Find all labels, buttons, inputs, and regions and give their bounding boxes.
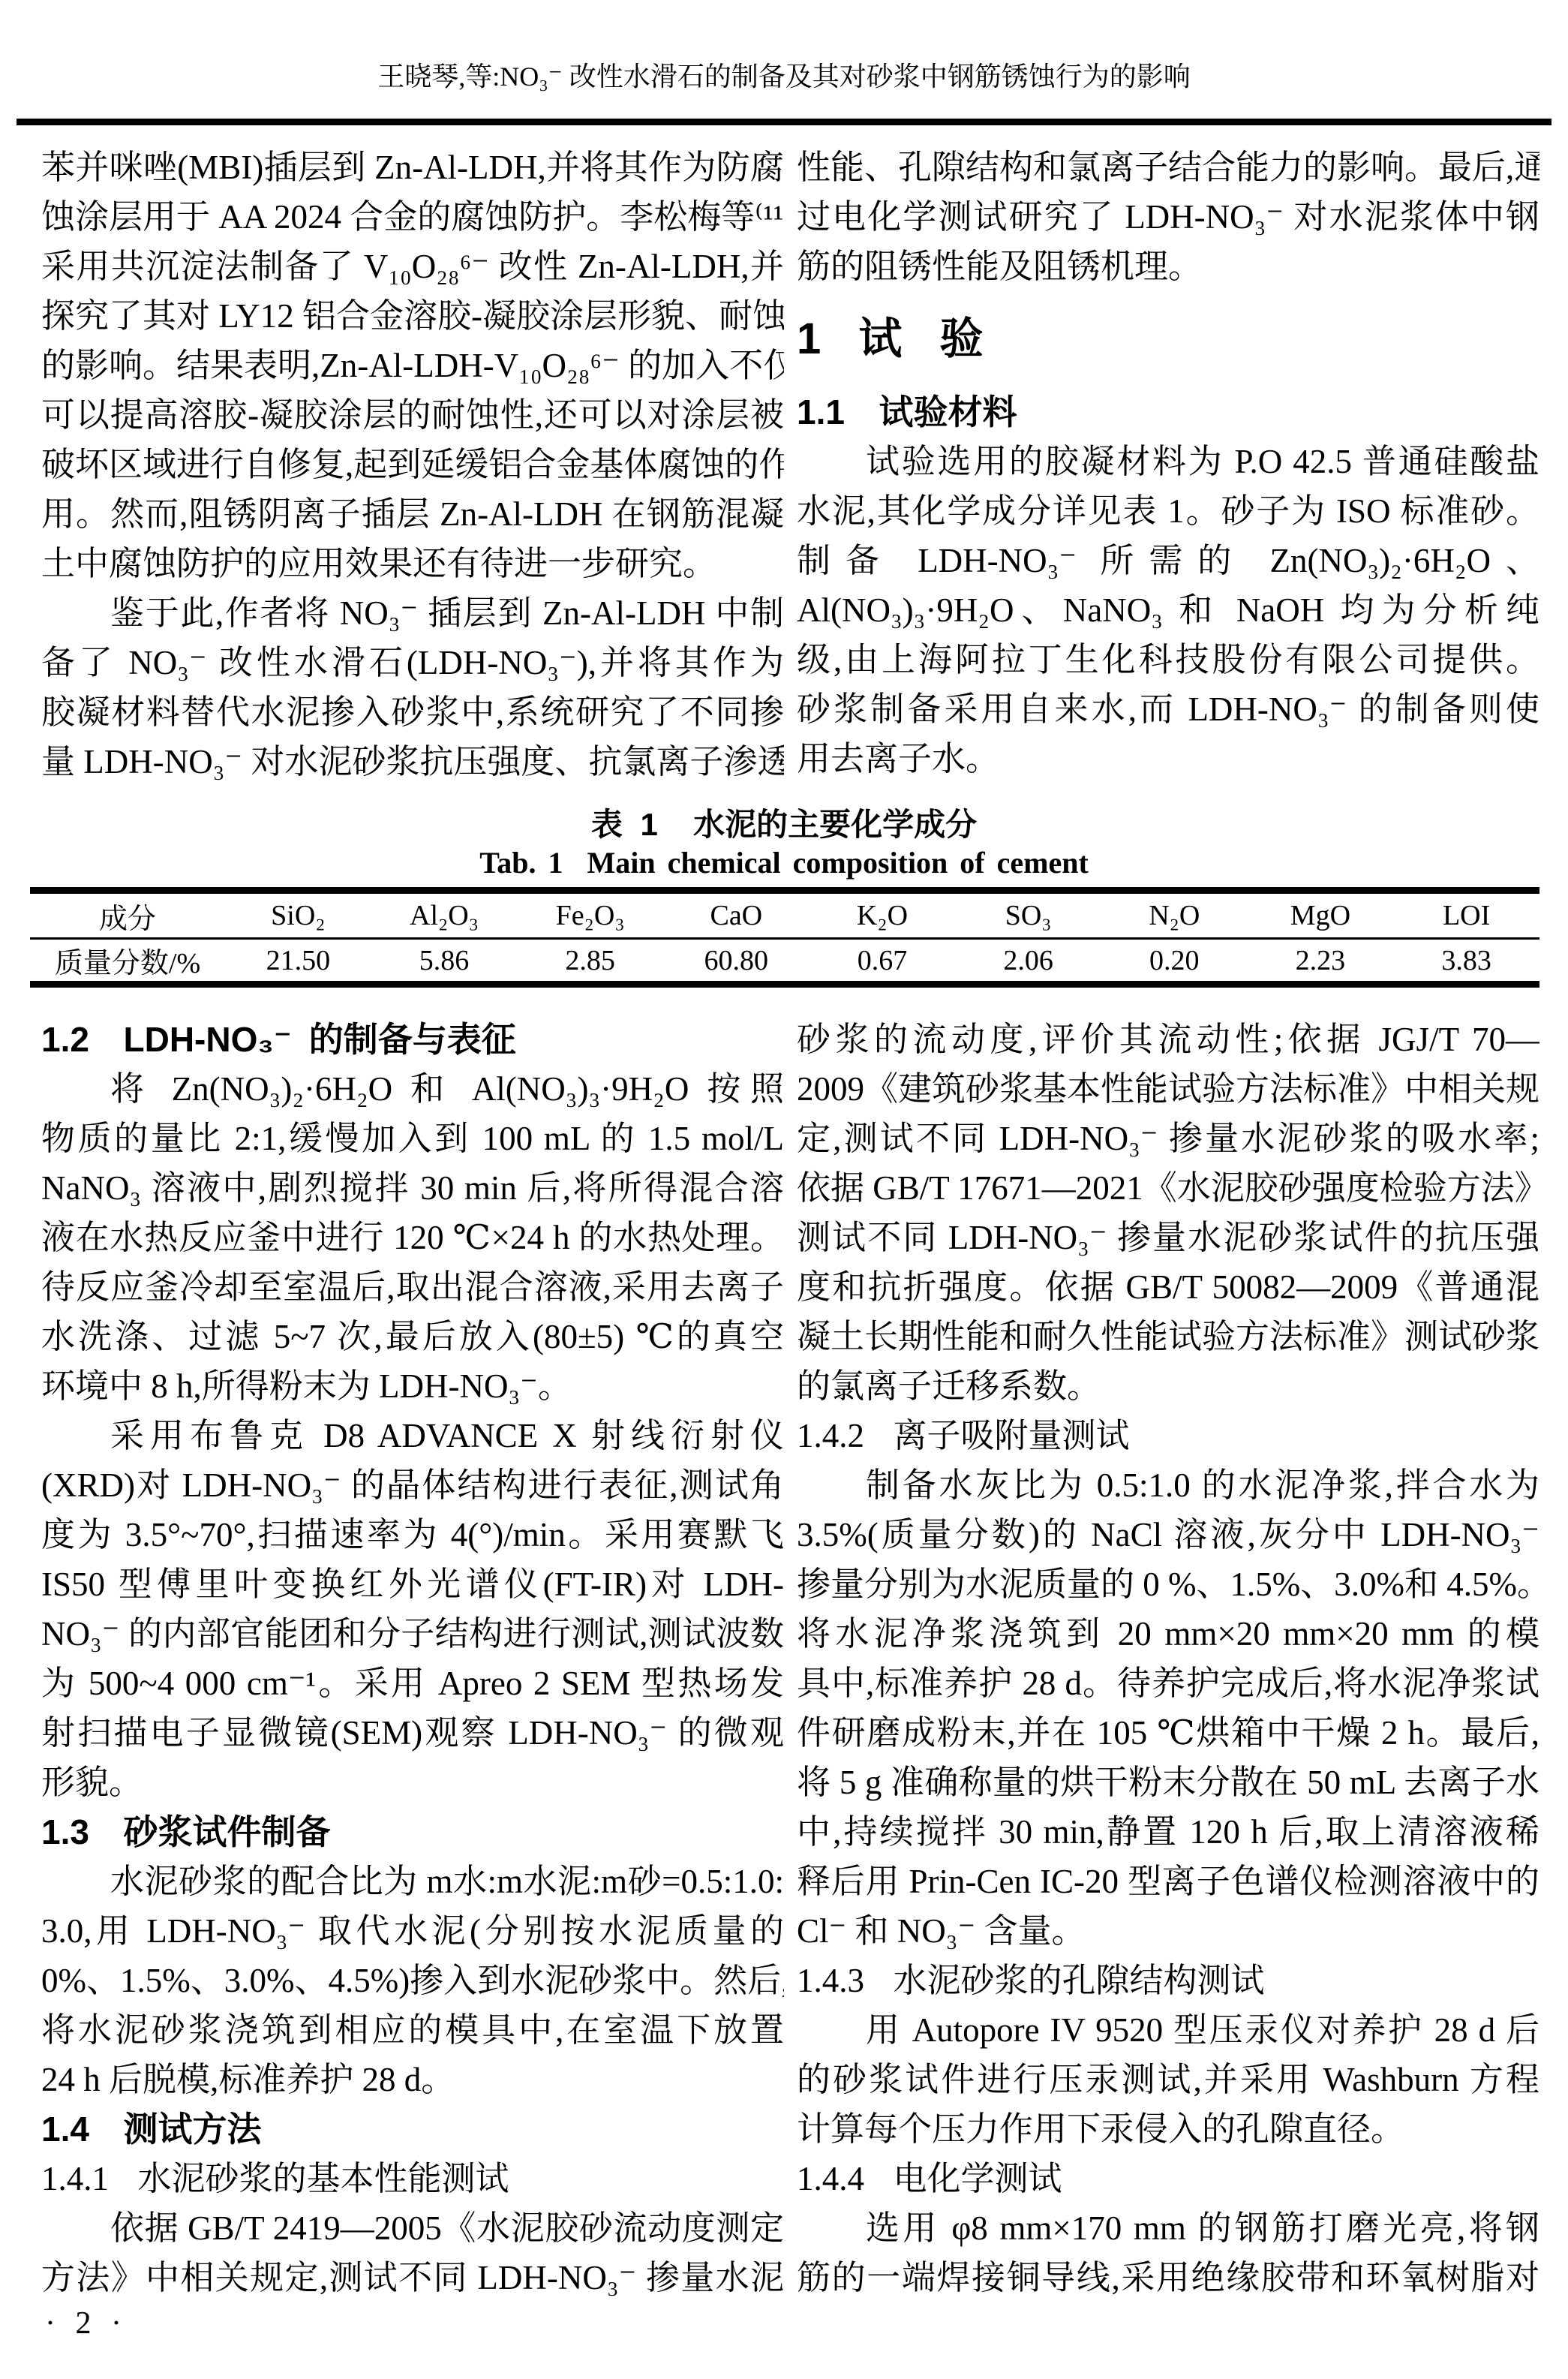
text-line: 采用共沉淀法制备了 V₁₀O₂₈⁶⁻ 改性 Zn-Al-LDH,并	[41, 242, 784, 291]
text-line: 件研磨成粉末,并在 105 ℃烘箱中干燥 2 h。最后,	[797, 1708, 1539, 1758]
text-line: Cl⁻ 和 NO₃⁻ 含量。	[797, 1906, 1539, 1956]
text-line: 度和抗折强度。依据 GB/T 50082—2009《普通混	[797, 1262, 1539, 1312]
table-row: 质量分数/%21.505.862.8560.800.672.060.202.23…	[30, 939, 1539, 985]
cement-composition-table: 成分SiO₂Al₂O₃Fe₂O₃CaOK₂OSO₃N₂OMgOLOI 质量分数/…	[30, 887, 1539, 988]
running-head: 王晓琴,等:NO₃⁻ 改性水滑石的制备及其对砂浆中钢筋锈蚀行为的影响	[0, 56, 1568, 94]
text-line: (XRD)对 LDH-NO₃⁻ 的晶体结构进行表征,测试角	[41, 1460, 784, 1510]
text-line: 物质的量比 2:1,缓慢加入到 100 mL 的 1.5 mol/L	[41, 1114, 784, 1163]
text-line: NO₃⁻ 的内部官能团和分子结构进行测试,测试波数	[41, 1609, 784, 1659]
text-line: 测试不同 LDH-NO₃⁻ 掺量水泥砂浆试件的抗压强	[797, 1213, 1539, 1262]
text-line: 24 h 后脱模,标准养护 28 d。	[41, 2055, 784, 2104]
section-heading: 1.1 试验材料	[797, 387, 1539, 437]
text-line: 性能、孔隙结构和氯离子结合能力的影响。最后,通	[797, 143, 1539, 192]
text-line: 探究了其对 LY12 铝合金溶胶-凝胶涂层形貌、耐蚀性	[41, 291, 784, 341]
page-number: · 2 ·	[45, 2305, 128, 2341]
header-rule	[17, 119, 1551, 125]
text-line: 计算每个压力作用下汞侵入的孔隙直径。	[797, 2104, 1539, 2154]
text-line: 环境中 8 h,所得粉末为 LDH-NO₃⁻。	[41, 1361, 784, 1411]
text-line: 砂浆的流动度,评价其流动性;依据 JGJ/T 70—	[797, 1015, 1539, 1064]
text-line: 将水泥净浆浇筑到 20 mm×20 mm×20 mm 的模	[797, 1609, 1539, 1659]
text-line: 释后用 Prin-Cen IC-20 型离子色谱仪检测溶液中的	[797, 1857, 1539, 1906]
text-line: 选用 φ8 mm×170 mm 的钢筋打磨光亮,将钢	[797, 2203, 1539, 2253]
text-line: 具中,标准养护 28 d。待养护完成后,将水泥净浆试	[797, 1659, 1539, 1708]
cell-value: 3.83	[1393, 939, 1539, 985]
text-line: 为 500~4 000 cm⁻¹。采用 Apreo 2 SEM 型热场发	[41, 1659, 784, 1708]
cell-value: 2.85	[517, 939, 663, 985]
text-line: 水泥砂浆的配合比为 m水:m水泥:m砂=0.5:1.0:	[41, 1857, 784, 1906]
cell-value: 5.86	[371, 939, 518, 985]
text-line: 试验选用的胶凝材料为 P.O 42.5 普通硅酸盐	[797, 437, 1539, 486]
text-line: 采用布鲁克 D8 ADVANCE X 射线衍射仪	[41, 1411, 784, 1460]
cell-value: 0.20	[1101, 939, 1248, 985]
text-line: 方法》中相关规定,测试不同 LDH-NO₃⁻ 掺量水泥	[41, 2253, 784, 2302]
column-header: SO₃	[955, 891, 1101, 939]
cell-value: 21.50	[225, 939, 371, 985]
text-line: 过电化学测试研究了 LDH-NO₃⁻ 对水泥浆体中钢	[797, 192, 1539, 242]
text-line: 用去离子水。	[797, 734, 1539, 783]
text-line: 待反应釜冷却至室温后,取出混合溶液,采用去离子	[41, 1262, 784, 1312]
text-line: IS50 型傅里叶变换红外光谱仪(FT-IR)对 LDH-	[41, 1559, 784, 1609]
text-line: 备了 NO₃⁻ 改性水滑石(LDH-NO₃⁻),并将其作为	[41, 638, 784, 687]
text-line: 射扫描电子显微镜(SEM)观察 LDH-NO₃⁻ 的微观	[41, 1708, 784, 1758]
table-header-row: 成分SiO₂Al₂O₃Fe₂O₃CaOK₂OSO₃N₂OMgOLOI	[30, 891, 1539, 939]
text-line: 形貌。	[41, 1758, 784, 1807]
column-header: N₂O	[1101, 891, 1248, 939]
text-line: 掺量分别为水泥质量的 0 %、1.5%、3.0%和 4.5%。	[797, 1559, 1539, 1609]
text-line: 蚀涂层用于 AA 2024 合金的腐蚀防护。李松梅等⁽¹¹⁾	[41, 192, 784, 242]
text-line: 制备 LDH-NO₃⁻ 所需的 Zn(NO₃)₂·6H₂O、	[797, 536, 1539, 585]
column-right-top: 性能、孔隙结构和氯离子结合能力的影响。最后,通过电化学测试研究了 LDH-NO₃…	[797, 143, 1539, 783]
column-left-top: 苯并咪唑(MBI)插层到 Zn-Al-LDH,并将其作为防腐蚀涂层用于 AA 2…	[41, 143, 784, 786]
section-heading: 1.4.4 电化学测试	[797, 2154, 1539, 2203]
text-line: 筋的一端焊接铜导线,采用绝缘胶带和环氧树脂对	[797, 2253, 1539, 2302]
section-heading: 1.3 砂浆试件制备	[41, 1807, 784, 1857]
text-line: 用 Autopore IV 9520 型压汞仪对养护 28 d 后	[797, 2005, 1539, 2055]
text-line: 依据 GB/T 17671—2021《水泥胶砂强度检验方法》	[797, 1163, 1539, 1213]
text-line: 将 5 g 准确称量的烘干粉末分散在 50 mL 去离子水	[797, 1758, 1539, 1807]
paper-page: 王晓琴,等:NO₃⁻ 改性水滑石的制备及其对砂浆中钢筋锈蚀行为的影响 苯并咪唑(…	[0, 0, 1568, 2379]
section-heading: 1.2 LDH-NO₃⁻ 的制备与表征	[41, 1015, 784, 1064]
text-line: 的影响。结果表明,Zn-Al-LDH-V₁₀O₂₈⁶⁻ 的加入不仅	[41, 341, 784, 390]
table-caption-zh: 表 1 水泥的主要化学成分	[0, 800, 1568, 845]
column-header: LOI	[1393, 891, 1539, 939]
section-heading: 1 试 验	[797, 291, 1539, 387]
text-line: 土中腐蚀防护的应用效果还有待进一步研究。	[41, 539, 784, 588]
column-right-bottom: 砂浆的流动度,评价其流动性;依据 JGJ/T 70—2009《建筑砂浆基本性能试…	[797, 1015, 1539, 2302]
text-line: 液在水热反应釜中进行 120 ℃×24 h 的水热处理。	[41, 1213, 784, 1262]
text-line: 制备水灰比为 0.5:1.0 的水泥净浆,拌合水为	[797, 1460, 1539, 1510]
section-heading: 1.4.2 离子吸附量测试	[797, 1411, 1539, 1460]
text-line: 胶凝材料替代水泥掺入砂浆中,系统研究了不同掺	[41, 687, 784, 737]
text-line: 定,测试不同 LDH-NO₃⁻ 掺量水泥砂浆的吸水率;	[797, 1114, 1539, 1163]
column-header: 成分	[30, 891, 225, 939]
text-line: 度为 3.5°~70°,扫描速率为 4(°)/min。采用赛默飞	[41, 1510, 784, 1559]
column-header: SiO₂	[225, 891, 371, 939]
column-header: Al₂O₃	[371, 891, 518, 939]
text-line: 砂浆制备采用自来水,而 LDH-NO₃⁻ 的制备则使	[797, 684, 1539, 734]
column-left-bottom: 1.2 LDH-NO₃⁻ 的制备与表征将 Zn(NO₃)₂·6H₂O 和 Al(…	[41, 1015, 784, 2302]
column-header: MgO	[1248, 891, 1394, 939]
text-line: 依据 GB/T 2419—2005《水泥胶砂流动度测定	[41, 2203, 784, 2253]
text-line: 鉴于此,作者将 NO₃⁻ 插层到 Zn-Al-LDH 中制	[41, 588, 784, 638]
cell-value: 2.23	[1248, 939, 1394, 985]
text-line: 水泥,其化学成分详见表 1。砂子为 ISO 标准砂。	[797, 486, 1539, 536]
text-line: 中,持续搅拌 30 min,静置 120 h 后,取上清溶液稀	[797, 1807, 1539, 1857]
text-line: 苯并咪唑(MBI)插层到 Zn-Al-LDH,并将其作为防腐	[41, 143, 784, 192]
text-line: NaNO₃ 溶液中,剧烈搅拌 30 min 后,将所得混合溶	[41, 1163, 784, 1213]
column-header: Fe₂O₃	[517, 891, 663, 939]
section-heading: 1.4.1 水泥砂浆的基本性能测试	[41, 2154, 784, 2203]
section-heading: 1.4.3 水泥砂浆的孔隙结构测试	[797, 1956, 1539, 2005]
text-line: 级,由上海阿拉丁生化科技股份有限公司提供。	[797, 635, 1539, 684]
section-heading: 1.4 测试方法	[41, 2104, 784, 2154]
text-line: 的砂浆试件进行压汞测试,并采用 Washburn 方程	[797, 2055, 1539, 2104]
column-header: CaO	[663, 891, 810, 939]
table-caption-en: Tab. 1 Main chemical composition of ceme…	[0, 845, 1568, 880]
text-line: 0%、1.5%、3.0%、4.5%)掺入到水泥砂浆中。然后,	[41, 1956, 784, 2005]
cell-value: 2.06	[955, 939, 1101, 985]
text-line: 将水泥砂浆浇筑到相应的模具中,在室温下放置	[41, 2005, 784, 2055]
text-line: 水洗涤、过滤 5~7 次,最后放入(80±5) ℃的真空	[41, 1312, 784, 1361]
text-line: 的氯离子迁移系数。	[797, 1361, 1539, 1411]
text-line: 2009《建筑砂浆基本性能试验方法标准》中相关规	[797, 1064, 1539, 1114]
text-line: 3.0,用 LDH-NO₃⁻ 取代水泥(分别按水泥质量的	[41, 1906, 784, 1956]
text-line: 凝土长期性能和耐久性能试验方法标准》测试砂浆	[797, 1312, 1539, 1361]
text-line: 破坏区域进行自修复,起到延缓铝合金基体腐蚀的作	[41, 440, 784, 489]
cell-value: 0.67	[810, 939, 956, 985]
text-line: 用。然而,阻锈阴离子插层 Zn-Al-LDH 在钢筋混凝	[41, 489, 784, 539]
text-line: 量 LDH-NO₃⁻ 对水泥砂浆抗压强度、抗氯离子渗透	[41, 737, 784, 786]
text-line: 筋的阻锈性能及阻锈机理。	[797, 242, 1539, 291]
column-header: K₂O	[810, 891, 956, 939]
row-label: 质量分数/%	[30, 939, 225, 985]
text-line: 3.5%(质量分数)的 NaCl 溶液,灰分中 LDH-NO₃⁻	[797, 1510, 1539, 1559]
text-line: Al(NO₃)₃·9H₂O、NaNO₃ 和 NaOH 均为分析纯	[797, 585, 1539, 635]
text-line: 可以提高溶胶-凝胶涂层的耐蚀性,还可以对涂层被	[41, 390, 784, 440]
text-line: 将 Zn(NO₃)₂·6H₂O 和 Al(NO₃)₃·9H₂O 按照	[41, 1064, 784, 1114]
cell-value: 60.80	[663, 939, 810, 985]
